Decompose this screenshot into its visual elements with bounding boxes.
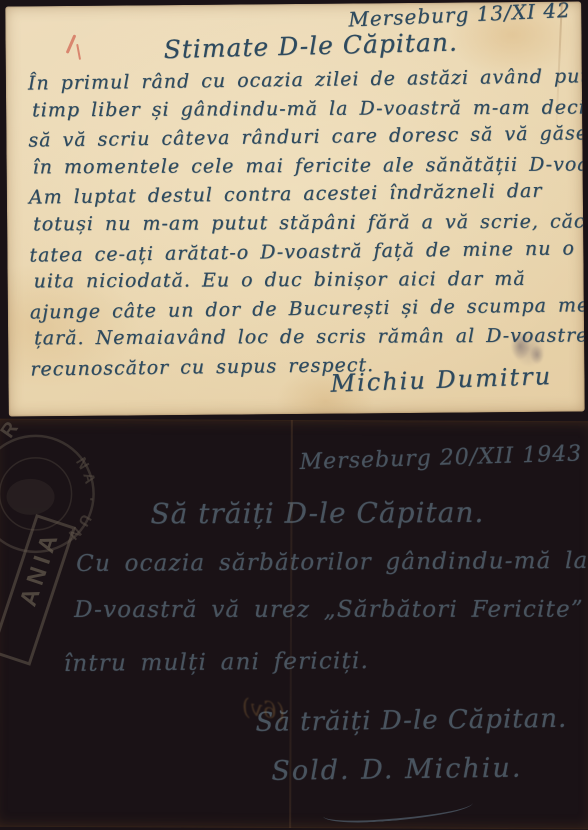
handwriting-line: Cu ocazia sărbătorilor gândindu-mă la	[76, 548, 588, 577]
handwriting-line: întru mulți ani fericiți.	[64, 648, 369, 677]
postcard-bottom: NA · UN ANIA R Merseburg 20/XII 1943 Să …	[0, 419, 588, 830]
handwriting-line: D-voastră vă urez „Sărbători Fericite”	[74, 597, 584, 623]
handwriting-line: În primul rând cu ocazia zilei de astăzi…	[28, 62, 576, 98]
salutation: Să trăiți D-le Căpitan.	[150, 496, 484, 530]
red-pencil-mark	[63, 32, 89, 66]
ink-blot	[496, 320, 557, 379]
bleedthrough-mark: (6v)	[240, 695, 287, 726]
signature-flourish	[323, 800, 474, 826]
date-line: Merseburg 13/XI 42	[348, 1, 571, 31]
signature: Sold. D. Michiu.	[271, 753, 522, 787]
date-line: Merseburg 20/XII 1943	[300, 441, 583, 475]
scanned-postcards: Merseburg 13/XI 42 Stimate D-le Căpitan.…	[0, 0, 588, 830]
handwriting-line: să vă scriu câteva rânduri care doresc s…	[28, 120, 576, 156]
salutation: Stimate D-le Căpitan.	[163, 27, 458, 64]
handwriting-line: totuși nu m-am putut stăpâni fără a vă s…	[33, 207, 581, 238]
closing-line: Să trăiți D-le Căpitan.	[255, 704, 567, 738]
stamp-emblem	[6, 479, 54, 515]
postcard-top: Merseburg 13/XI 42 Stimate D-le Căpitan.…	[5, 1, 585, 416]
